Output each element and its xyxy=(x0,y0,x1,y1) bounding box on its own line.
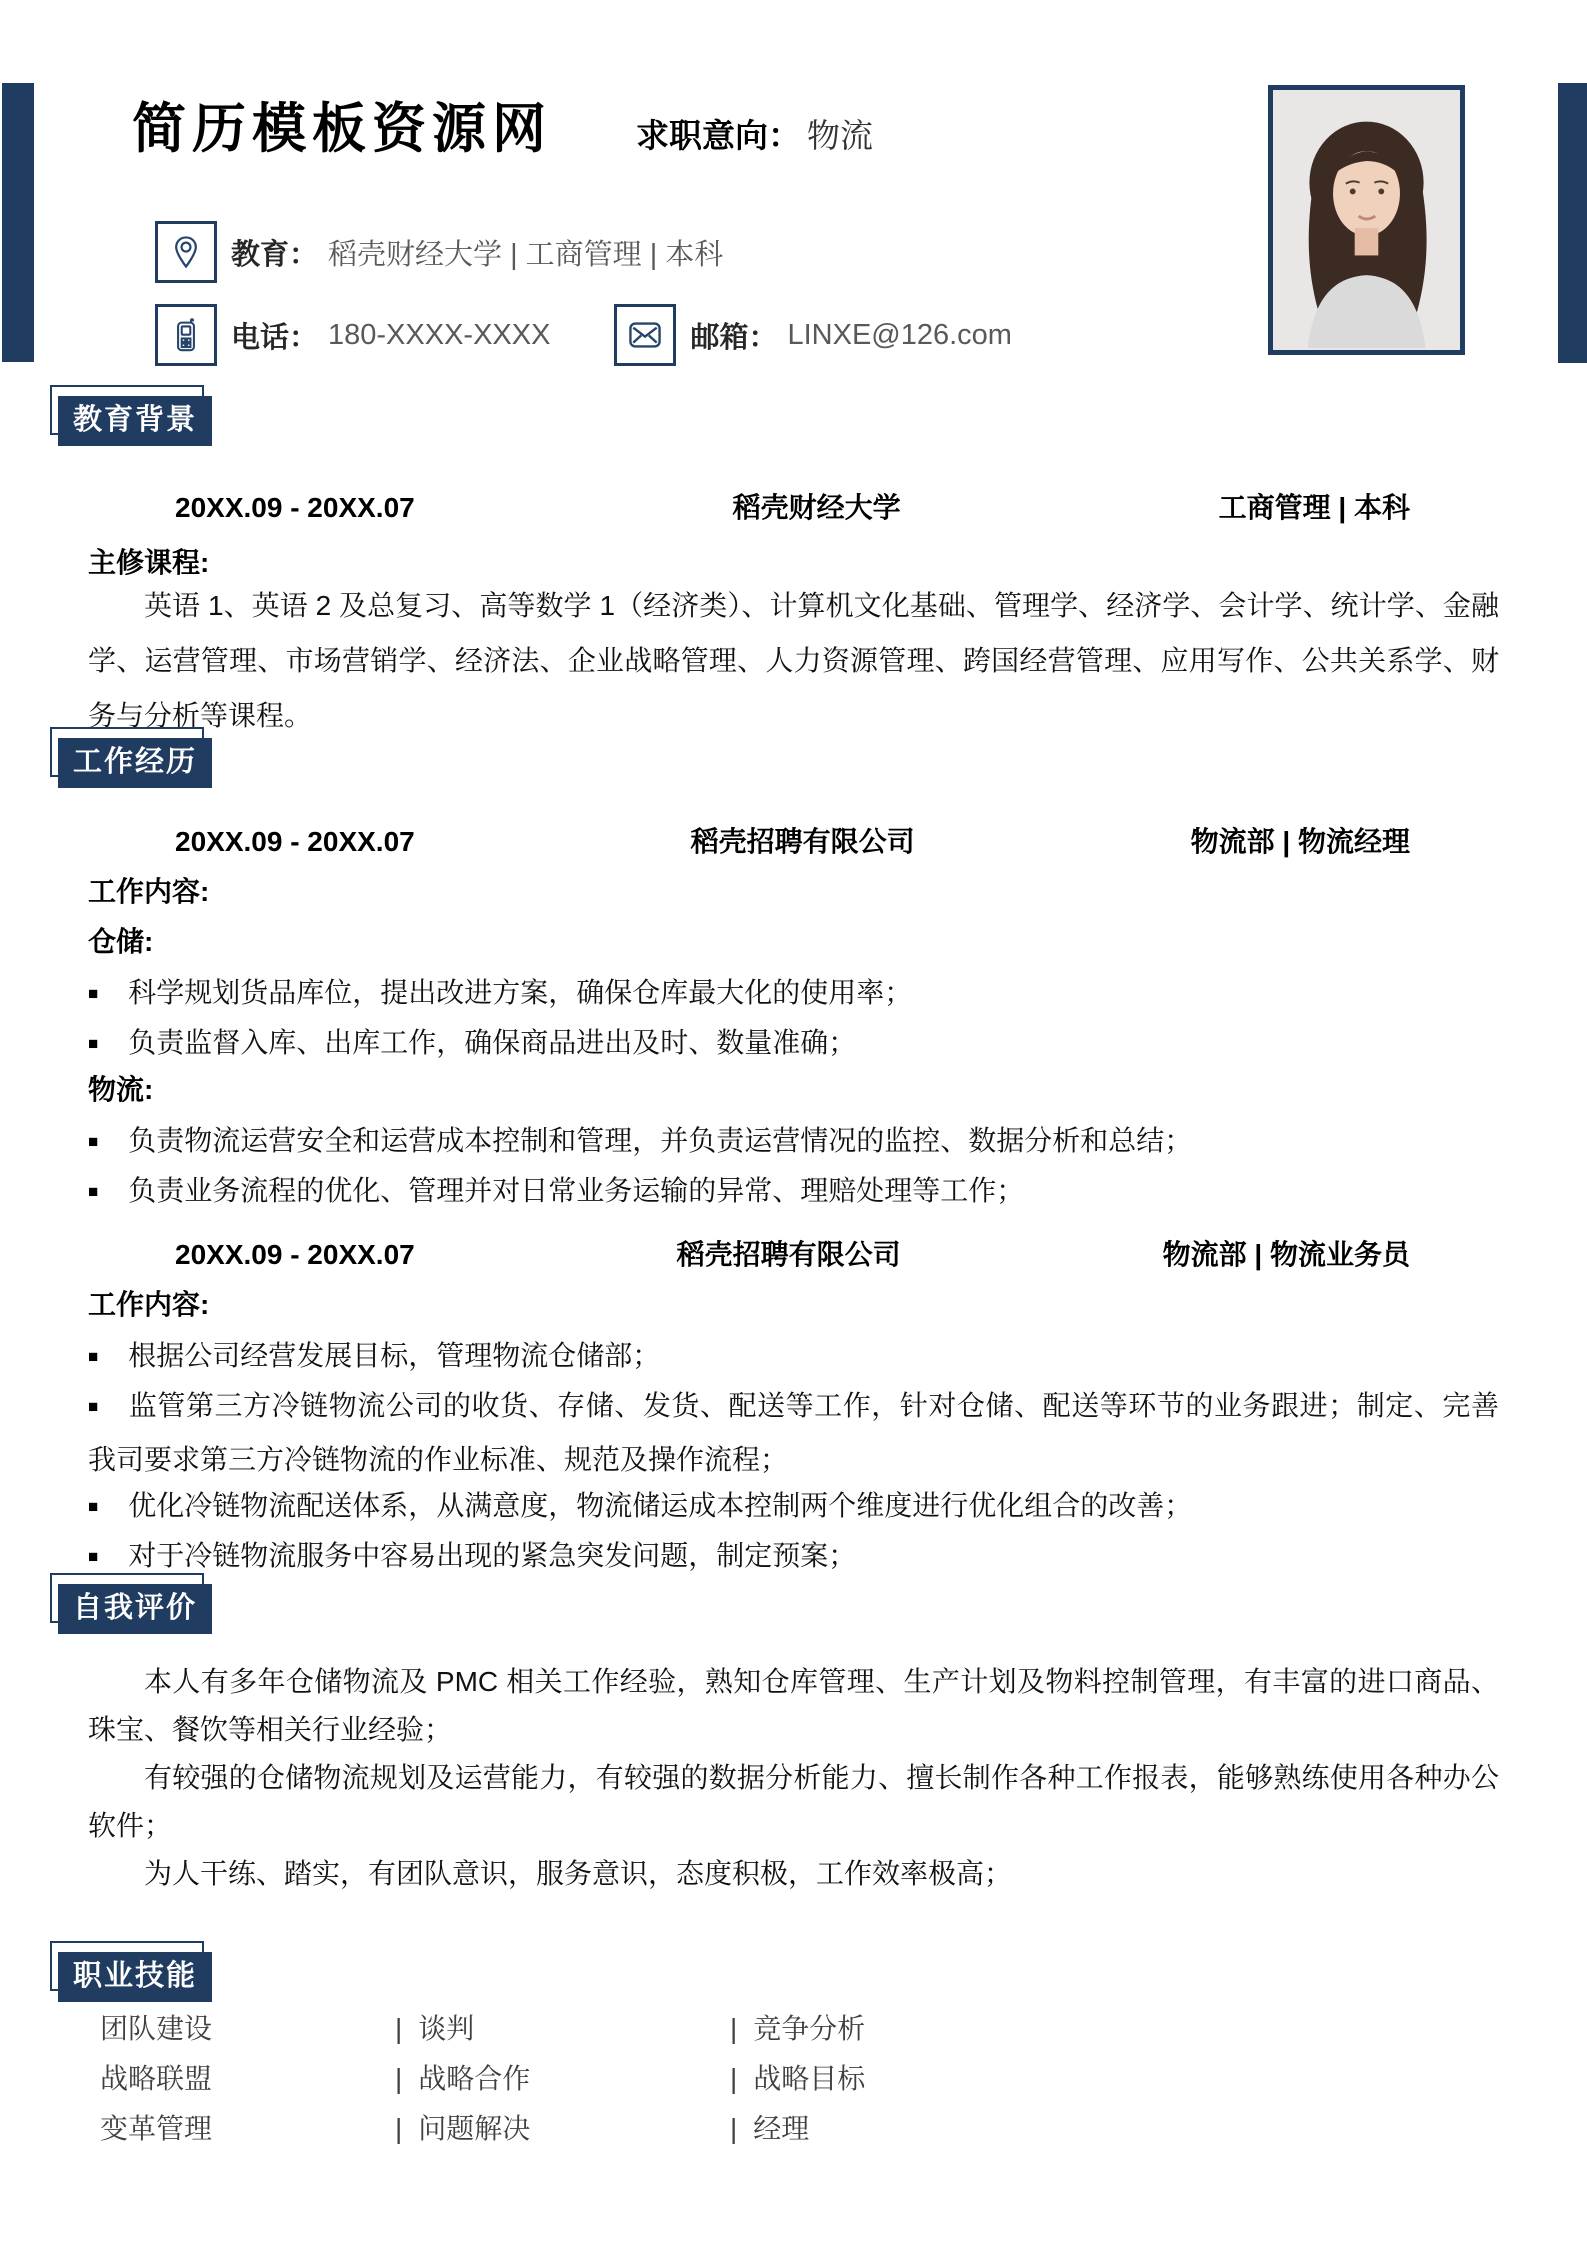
section-title-self-evaluation: 自我评价 xyxy=(58,1584,212,1634)
bullet-square-icon: ■ xyxy=(88,1347,98,1366)
self-evaluation-block: 本人有多年仓储物流及 PMC 相关工作经验，熟知仓库管理、生产计划及物料控制管理… xyxy=(88,1658,1499,1898)
education-value: 稻壳财经大学 | 工商管理 | 本科 xyxy=(328,232,723,273)
job1-bullet-4-text: 负责业务流程的优化、管理并对日常业务运输的异常、理赔处理等工作； xyxy=(128,1175,1024,1206)
job2-bullet-3: ■优化冷链物流配送体系，从满意度，物流储运成本控制两个维度进行优化组合的改善； xyxy=(88,1481,1499,1535)
section-title-education-text: 教育背景 xyxy=(73,404,197,436)
job2-bullet-2-text: 监管第三方冷链物流公司的收货、存储、发货、配送等工作，针对仓储、配送等环节的业务… xyxy=(88,1390,1499,1475)
job2-period: 20XX.09 - 20XX.07 xyxy=(175,1239,415,1271)
skill-item: |经理 xyxy=(730,2107,1487,2147)
job1-group1-label: 仓储: xyxy=(88,920,153,960)
bullet-square-icon: ■ xyxy=(88,1497,98,1516)
job1-position: 物流部 | 物流经理 xyxy=(1191,820,1410,860)
contact-row-education: 教育： 稻壳财经大学 | 工商管理 | 本科 xyxy=(155,221,723,283)
phone-value: 180-XXXX-XXXX xyxy=(328,319,550,352)
job2-bullet-2: ■监管第三方冷链物流公司的收货、存储、发货、配送等工作，针对仓储、配送等环节的业… xyxy=(88,1381,1499,1485)
job1-bullet-4: ■负责业务流程的优化、管理并对日常业务运输的异常、理赔处理等工作； xyxy=(88,1166,1499,1220)
divider-bar: | xyxy=(395,2063,402,2094)
bullet-square-icon: ■ xyxy=(88,984,98,1003)
divider-bar: | xyxy=(395,2113,402,2144)
job1-group2-label: 物流: xyxy=(88,1068,153,1108)
section-title-education: 教育背景 xyxy=(58,396,212,446)
education-label: 教育： xyxy=(231,232,318,273)
divider-bar: | xyxy=(730,2113,737,2144)
education-detail: 工商管理 | 本科 xyxy=(1219,486,1410,526)
job2-bullet-4: ■对于冷链物流服务中容易出现的紧急突发问题，制定预案； xyxy=(88,1531,1499,1585)
self-evaluation-paragraph: 本人有多年仓储物流及 PMC 相关工作经验，熟知仓库管理、生产计划及物料控制管理… xyxy=(88,1658,1499,1754)
skill-item: 战略联盟 xyxy=(100,2057,395,2097)
education-school: 稻壳财经大学 xyxy=(733,486,901,526)
self-evaluation-paragraph: 为人干练、踏实，有团队意识，服务意识，态度积极，工作效率极高； xyxy=(88,1850,1499,1898)
left-accent-bar xyxy=(2,83,34,362)
section-title-skills: 职业技能 xyxy=(58,1952,212,2002)
job1-bullet-3-text: 负责物流运营安全和运营成本控制和管理，并负责运营情况的监控、数据分析和总结； xyxy=(128,1125,1192,1156)
phone-label: 电话： xyxy=(231,315,318,356)
job1-entry-row: 20XX.09 - 20XX.07 稻壳招聘有限公司 物流部 | 物流经理 xyxy=(175,820,1410,860)
skill-item: |战略目标 xyxy=(730,2057,1487,2097)
email-value: LINXE@126.com xyxy=(787,319,1011,352)
skill-item: |竞争分析 xyxy=(730,2007,1487,2047)
skill-item-text: 问题解决 xyxy=(418,2113,530,2144)
skill-item-text: 经理 xyxy=(753,2113,809,2144)
job1-company: 稻壳招聘有限公司 xyxy=(691,820,915,860)
skill-item: |问题解决 xyxy=(395,2107,730,2147)
skill-item: |谈判 xyxy=(395,2007,730,2047)
skill-item-text: 竞争分析 xyxy=(753,2013,865,2044)
job-intent-value: 物流 xyxy=(807,117,873,154)
skill-item-text: 谈判 xyxy=(418,2013,474,2044)
job-intent-label: 求职意向： xyxy=(636,117,801,154)
skill-item-text: 战略合作 xyxy=(418,2063,530,2094)
job2-content-label: 工作内容: xyxy=(88,1283,209,1323)
job1-bullet-1: ■科学规划货品库位，提出改进方案，确保仓库最大化的使用率； xyxy=(88,968,1499,1022)
mail-icon xyxy=(614,304,676,366)
job1-bullet-2: ■负责监督入库、出库工作，确保商品进出及时、数量准确； xyxy=(88,1018,1499,1072)
section-title-work: 工作经历 xyxy=(58,738,212,788)
right-accent-bar xyxy=(1558,83,1587,363)
skill-item: 团队建设 xyxy=(100,2007,395,2047)
job1-bullet-2-text: 负责监督入库、出库工作，确保商品进出及时、数量准确； xyxy=(128,1027,856,1058)
job1-content-label: 工作内容: xyxy=(88,870,209,910)
job2-bullet-1: ■根据公司经营发展目标，管理物流仓储部； xyxy=(88,1331,1499,1385)
phone-contact-group: 电话： 180-XXXX-XXXX xyxy=(155,304,550,366)
skills-row: 变革管理 |问题解决 |经理 xyxy=(100,2102,1487,2152)
bullet-square-icon: ■ xyxy=(88,1034,98,1053)
job1-bullet-3: ■负责物流运营安全和运营成本控制和管理，并负责运营情况的监控、数据分析和总结； xyxy=(88,1116,1499,1170)
portrait-illustration xyxy=(1273,90,1460,350)
bullet-square-icon: ■ xyxy=(88,1182,98,1201)
job2-bullet-4-text: 对于冷链物流服务中容易出现的紧急突发问题，制定预案； xyxy=(128,1540,856,1571)
self-evaluation-paragraph: 有较强的仓储物流规划及运营能力，有较强的数据分析能力、擅长制作各种工作报表，能够… xyxy=(88,1754,1499,1850)
contact-row-phone-email: 电话： 180-XXXX-XXXX 邮箱： LINXE@126.com xyxy=(155,304,1012,366)
phone-icon xyxy=(155,304,217,366)
section-title-self-evaluation-text: 自我评价 xyxy=(73,1592,197,1624)
skill-item: 变革管理 xyxy=(100,2107,395,2147)
divider-bar: | xyxy=(730,2013,737,2044)
divider-bar: | xyxy=(395,2013,402,2044)
profile-photo xyxy=(1268,85,1465,355)
skills-row: 团队建设 |谈判 |竞争分析 xyxy=(100,2002,1487,2052)
location-pin-icon xyxy=(155,221,217,283)
divider-bar: | xyxy=(730,2063,737,2094)
job2-bullet-3-text: 优化冷链物流配送体系，从满意度，物流储运成本控制两个维度进行优化组合的改善； xyxy=(128,1490,1192,1521)
job2-position: 物流部 | 物流业务员 xyxy=(1163,1233,1410,1273)
skills-row: 战略联盟 |战略合作 |战略目标 xyxy=(100,2052,1487,2102)
job2-entry-row: 20XX.09 - 20XX.07 稻壳招聘有限公司 物流部 | 物流业务员 xyxy=(175,1233,1410,1273)
bullet-square-icon: ■ xyxy=(88,1397,99,1416)
header: 简历模板资源网 求职意向：物流 xyxy=(132,86,873,163)
email-contact-group: 邮箱： LINXE@126.com xyxy=(614,304,1012,366)
site-title: 简历模板资源网 xyxy=(132,86,552,163)
skill-item-text: 战略目标 xyxy=(753,2063,865,2094)
skills-grid: 团队建设 |谈判 |竞争分析 战略联盟 |战略合作 |战略目标 变革管理 |问题… xyxy=(100,2002,1487,2152)
section-title-skills-text: 职业技能 xyxy=(73,1960,197,1992)
job1-period: 20XX.09 - 20XX.07 xyxy=(175,826,415,858)
resume-page: 简历模板资源网 求职意向：物流 教育： 稻壳财经大学 | 工商管理 | 本科 xyxy=(0,0,1587,2245)
job1-bullet-1-text: 科学规划货品库位，提出改进方案，确保仓库最大化的使用率； xyxy=(128,977,912,1008)
education-entry-row: 20XX.09 - 20XX.07 稻壳财经大学 工商管理 | 本科 xyxy=(175,486,1410,526)
education-period: 20XX.09 - 20XX.07 xyxy=(175,492,415,524)
bullet-square-icon: ■ xyxy=(88,1547,98,1566)
courses-paragraph: 英语 1、英语 2 及总复习、高等数学 1（经济类）、计算机文化基础、管理学、经… xyxy=(88,578,1499,743)
job-intent: 求职意向：物流 xyxy=(636,110,873,157)
education-contact-group: 教育： 稻壳财经大学 | 工商管理 | 本科 xyxy=(155,221,723,283)
courses-label: 主修课程: xyxy=(88,541,209,581)
skill-item: |战略合作 xyxy=(395,2057,730,2097)
section-title-work-text: 工作经历 xyxy=(73,746,197,778)
email-label: 邮箱： xyxy=(690,315,777,356)
bullet-square-icon: ■ xyxy=(88,1132,98,1151)
job2-bullet-1-text: 根据公司经营发展目标，管理物流仓储部； xyxy=(128,1340,660,1371)
job2-company: 稻壳招聘有限公司 xyxy=(677,1233,901,1273)
